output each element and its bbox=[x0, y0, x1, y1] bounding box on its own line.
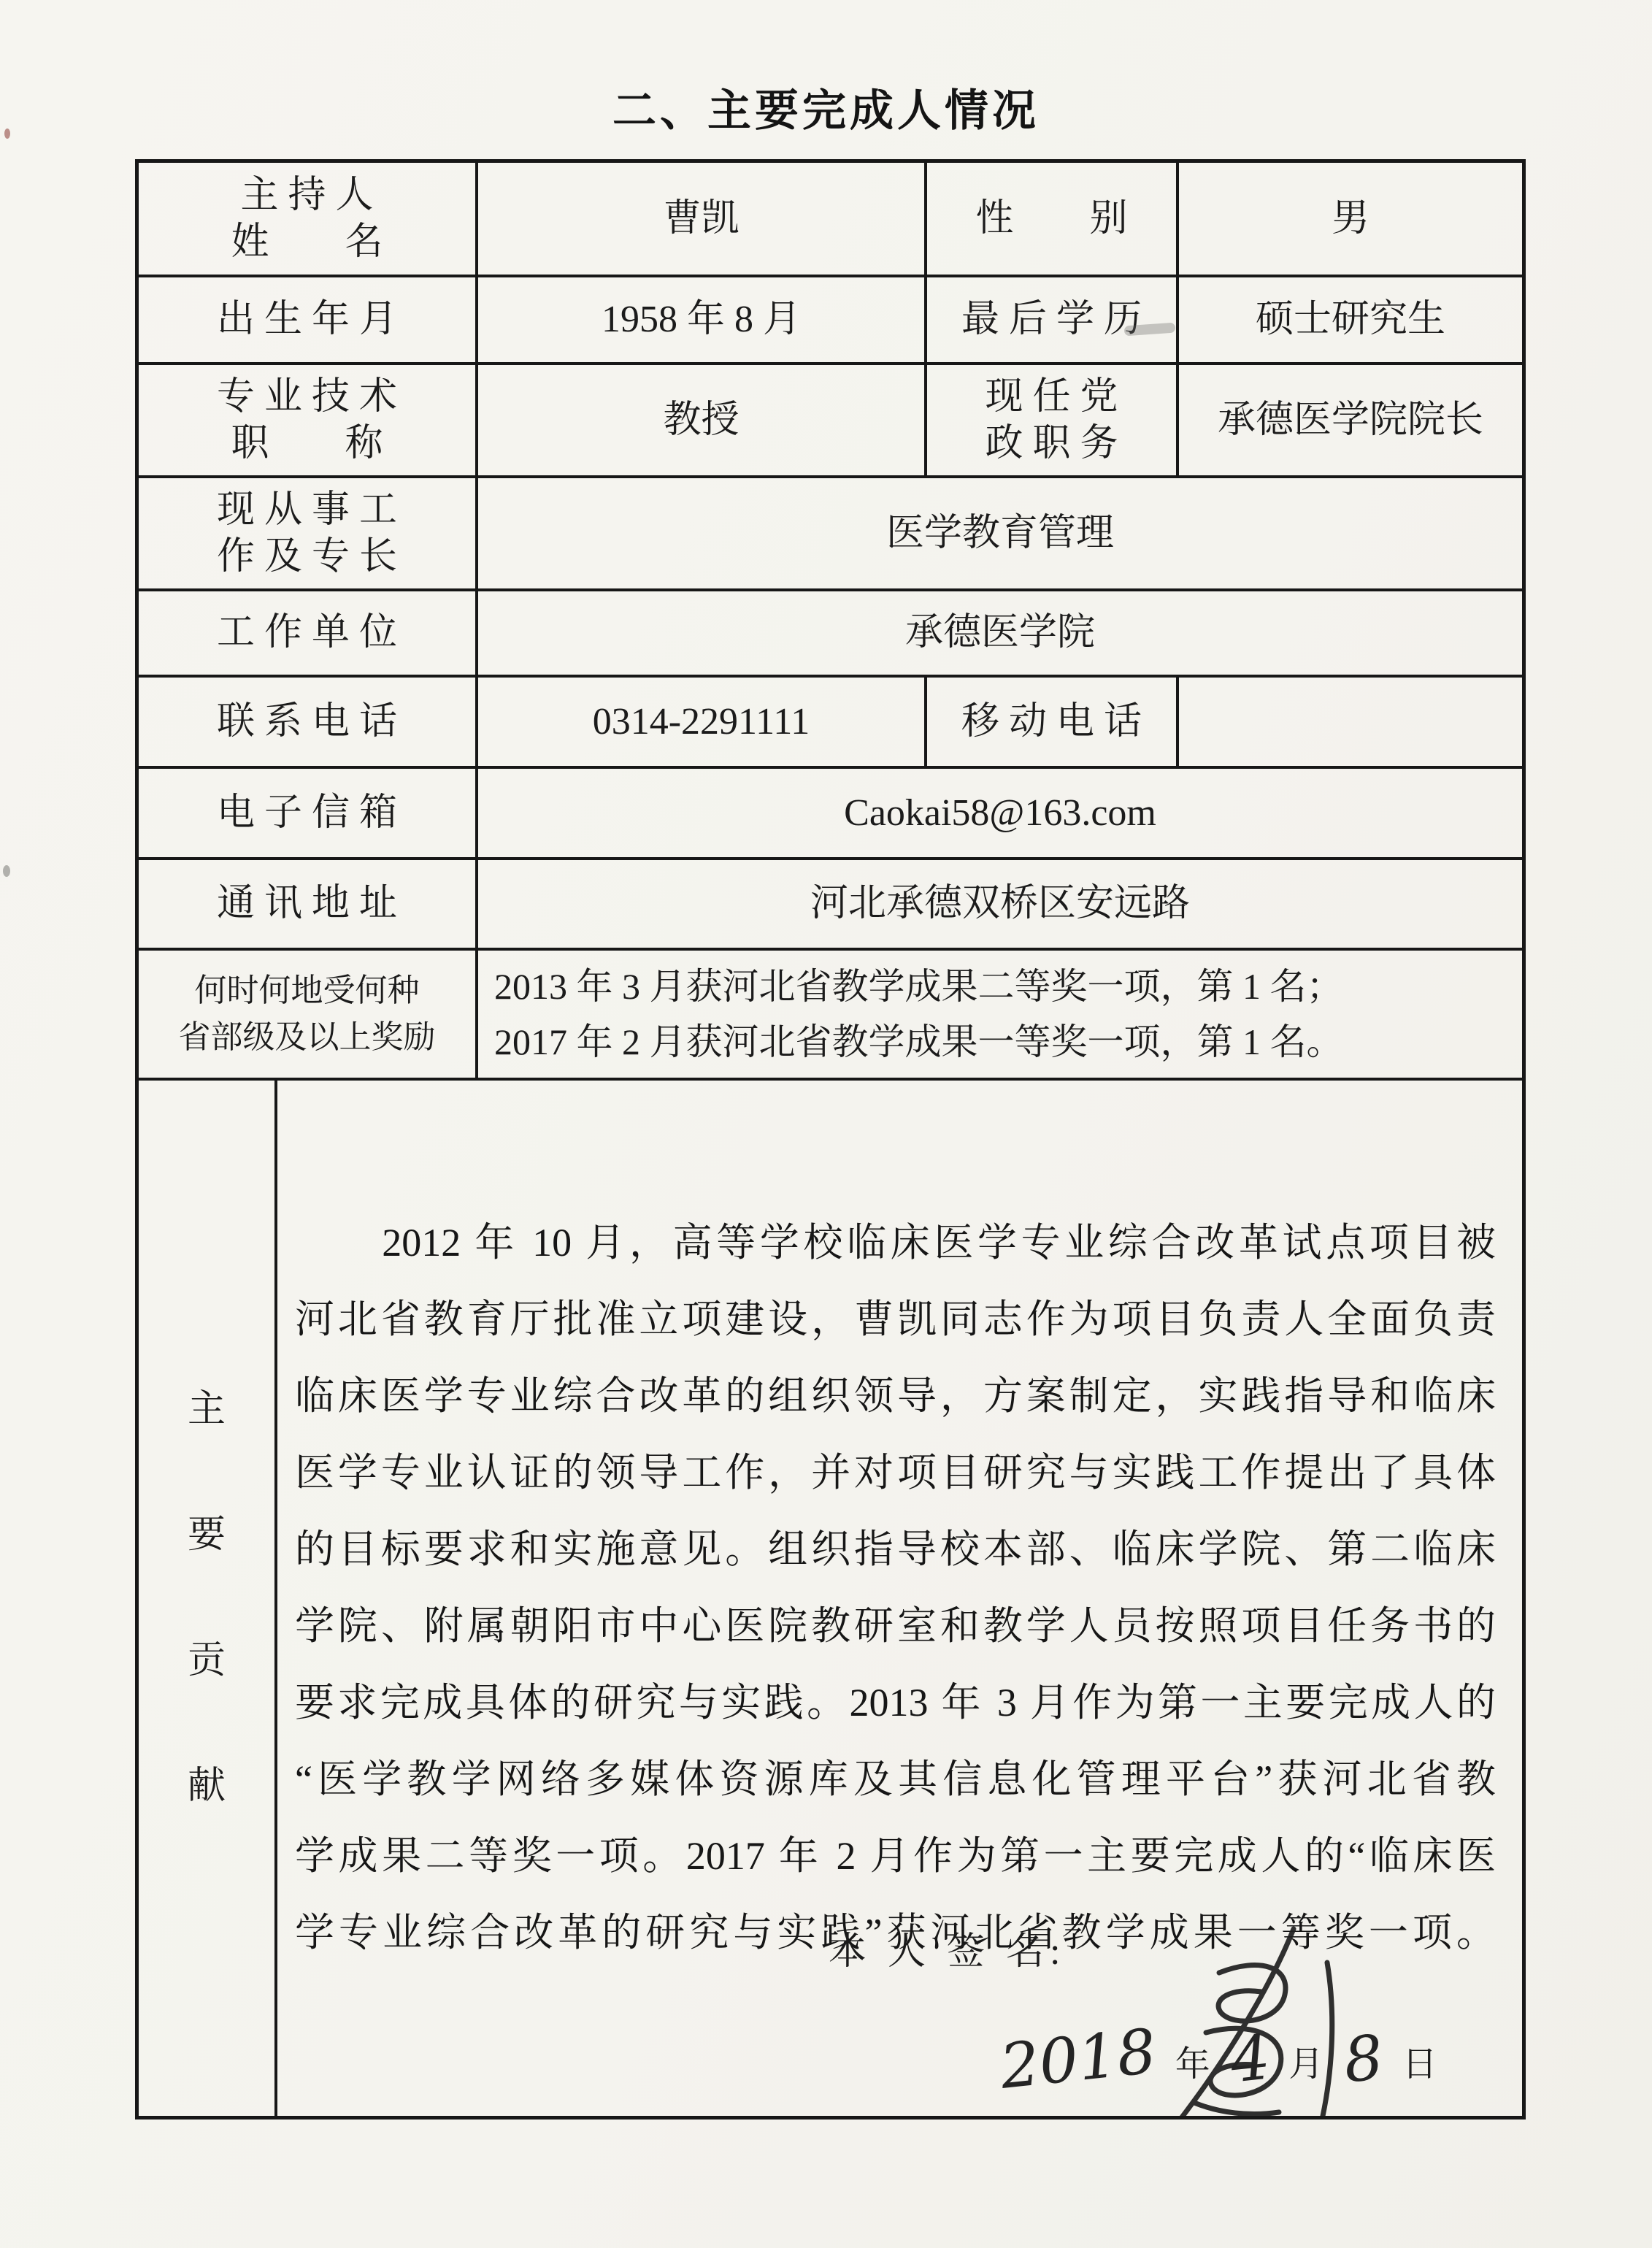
label-education: 最 后 学 历 bbox=[927, 277, 1179, 365]
value-education: 硕士研究生 bbox=[1179, 277, 1522, 365]
value-current-position: 承德医学院院长 bbox=[1179, 365, 1522, 478]
label-host-name: 主 持 人 姓 名 bbox=[139, 163, 478, 277]
date-month-handwritten: 4 bbox=[1228, 2026, 1273, 2091]
label-professional-title: 专 业 技 术 职 称 bbox=[139, 365, 478, 478]
value-birth-date: 1958 年 8 月 bbox=[478, 277, 927, 365]
value-email: Caokai58@163.com bbox=[478, 769, 1522, 860]
value-phone: 0314-2291111 bbox=[478, 678, 927, 769]
value-gender: 男 bbox=[1179, 163, 1522, 277]
label-main-contribution: 主 要 贡 献 bbox=[139, 1081, 277, 2116]
label-email: 电 子 信 箱 bbox=[139, 769, 478, 860]
date-year-unit: 年 bbox=[1175, 2047, 1212, 2090]
value-mobile bbox=[1179, 678, 1522, 769]
label-awards: 何时何地受何种 省部级及以上奖励 bbox=[139, 951, 478, 1081]
value-mailing-address: 河北承德双桥区安远路 bbox=[478, 860, 1522, 951]
main-contribution-cell: 2012 年 10 月，高等学校临床医学专业综合改革试点项目被 河北省教育厅批准… bbox=[277, 1081, 1522, 2116]
label-phone: 联 系 电 话 bbox=[139, 678, 478, 769]
date-year-handwritten: 2018 bbox=[997, 2020, 1159, 2098]
scan-speck bbox=[4, 128, 10, 139]
page-title: 二、主要完成人情况 bbox=[0, 76, 1652, 139]
scanned-form-page: 二、主要完成人情况 主 持 人 姓 名 曹凯 性 别 男 出 生 年 月 195… bbox=[0, 0, 1652, 2248]
label-birth-date: 出 生 年 月 bbox=[139, 277, 478, 365]
value-current-work: 医学教育管理 bbox=[478, 478, 1522, 591]
label-mailing-address: 通 讯 地 址 bbox=[139, 860, 478, 951]
date-month-unit: 月 bbox=[1288, 2047, 1325, 2090]
label-employer: 工 作 单 位 bbox=[139, 591, 478, 678]
signature-date: 2018 年 4 月 8 日 bbox=[1000, 2028, 1439, 2090]
scan-speck bbox=[3, 865, 10, 877]
label-mobile: 移 动 电 话 bbox=[927, 678, 1179, 769]
value-awards: 2013 年 3 月获河北省教学成果二等奖一项，第 1 名； 2017 年 2 … bbox=[478, 951, 1522, 1081]
value-employer: 承德医学院 bbox=[478, 591, 1522, 678]
value-host-name: 曹凯 bbox=[478, 163, 927, 277]
label-current-position: 现 任 党 政 职 务 bbox=[927, 365, 1179, 478]
date-day-handwritten: 8 bbox=[1341, 2026, 1386, 2091]
label-current-work: 现 从 事 工 作 及 专 长 bbox=[139, 478, 478, 591]
value-professional-title: 教授 bbox=[478, 365, 927, 478]
completer-info-table: 主 持 人 姓 名 曹凯 性 别 男 出 生 年 月 1958 年 8 月 最 … bbox=[135, 159, 1526, 2120]
signature-label: 本 人 签 名: bbox=[829, 1929, 1066, 1976]
date-day-unit: 日 bbox=[1402, 2047, 1439, 2090]
label-gender: 性 别 bbox=[927, 163, 1179, 277]
